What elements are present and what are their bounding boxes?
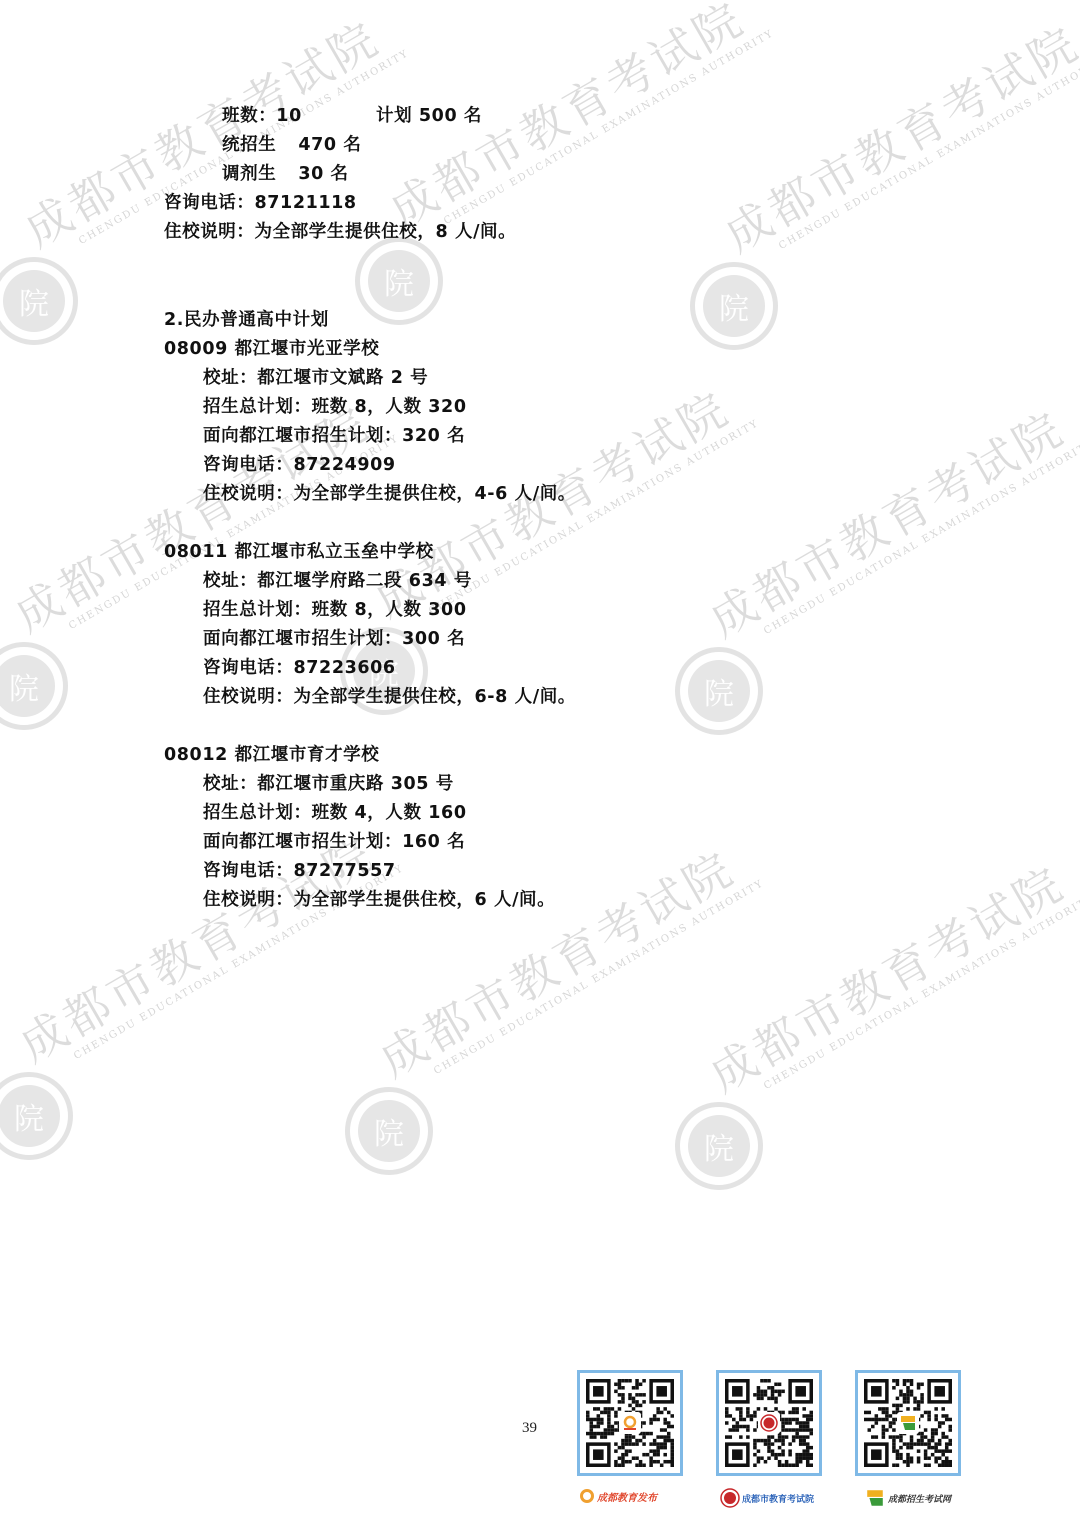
seal-icon: 院 xyxy=(675,1102,763,1190)
seal-icon: 院 xyxy=(355,237,443,325)
watermark-tile: 院成都市教育考试院CHENGDU EDUCATIONAL EXAMINATION… xyxy=(355,65,775,325)
school-address: 校址：都江堰学府路二段 634 号 xyxy=(203,571,472,591)
school-boarding: 住校说明：为全部学生提供住校，6-8 人/间。 xyxy=(203,687,576,707)
page-number: 39 xyxy=(522,1420,537,1437)
seal-icon: 院 xyxy=(0,1072,73,1160)
school-total-plan: 招生总计划：班数 8，人数 300 xyxy=(203,600,467,620)
qr-code[interactable] xyxy=(577,1370,683,1476)
qr-card-chengdu-exam-authority[interactable]: 成都市教育考试院 xyxy=(716,1370,822,1476)
watermark-cn: 成都市教育考试院 xyxy=(13,820,399,1069)
watermark-tile: 院成都市教育考试院CHENGDU EDUCATIONAL EXAMINATION… xyxy=(0,900,405,1160)
watermark-cn: 成都市教育考试院 xyxy=(703,395,1080,644)
adjusted-label: 调剂生 xyxy=(222,164,276,184)
unified-value: 470 名 xyxy=(298,135,361,155)
school-phone: 咨询电话：87277557 xyxy=(203,861,396,881)
flag-icon xyxy=(897,1412,919,1434)
sun-ring-icon xyxy=(619,1412,641,1434)
school-header: 08009 都江堰市光亚学校 xyxy=(164,339,379,359)
qr-card-chengdu-education-release[interactable]: 成都教育发布 xyxy=(577,1370,683,1476)
watermark-en: CHENGDU EDUCATIONAL EXAMINATIONS AUTHORI… xyxy=(762,438,1080,637)
school-total-plan: 招生总计划：班数 8，人数 320 xyxy=(203,397,467,417)
adjusted-enrollment: 调剂生30 名 xyxy=(222,164,349,184)
school-total-plan: 招生总计划：班数 4，人数 160 xyxy=(203,803,467,823)
school-header: 08011 都江堰市私立玉垒中学校 xyxy=(164,542,434,562)
watermark-tile: 院成都市教育考试院CHENGDU EDUCATIONAL EXAMINATION… xyxy=(0,85,410,345)
seal-icon xyxy=(720,1488,740,1508)
seal-icon: 院 xyxy=(675,647,763,735)
classes-count: 班数：10 xyxy=(222,106,302,126)
unified-enrollment: 统招生470 名 xyxy=(222,135,361,155)
sun-ring-icon xyxy=(579,1488,595,1504)
boarding-note: 住校说明：为全部学生提供住校，8 人/间。 xyxy=(164,222,516,242)
watermark-cn: 成都市教育考试院 xyxy=(703,850,1080,1099)
flag-icon xyxy=(865,1488,885,1508)
seal-icon: 院 xyxy=(0,257,78,345)
plan-total: 计划 500 名 xyxy=(376,106,482,126)
school-boarding: 住校说明：为全部学生提供住校，4-6 人/间。 xyxy=(203,484,576,504)
contact-phone: 咨询电话：87121118 xyxy=(164,193,357,213)
unified-label: 统招生 xyxy=(222,135,276,155)
watermark-cn: 成都市教育考试院 xyxy=(718,10,1080,259)
watermark-en: CHENGDU EDUCATIONAL EXAMINATIONS AUTHORI… xyxy=(442,28,776,227)
school-boarding: 住校说明：为全部学生提供住校，6 人/间。 xyxy=(203,890,555,910)
qr-label: 成都招生考试网 xyxy=(865,1488,951,1508)
qr-card-chengdu-admissions-site[interactable]: 成都招生考试网 xyxy=(855,1370,961,1476)
seal-icon: 院 xyxy=(345,1087,433,1175)
watermark-tile: 院成都市教育考试院CHENGDU EDUCATIONAL EXAMINATION… xyxy=(345,915,765,1175)
watermark-tile: 院成都市教育考试院CHENGDU EDUCATIONAL EXAMINATION… xyxy=(675,475,1080,735)
qr-code[interactable] xyxy=(716,1370,822,1476)
watermark-cn: 成都市教育考试院 xyxy=(373,835,759,1084)
watermark-en: CHENGDU EDUCATIONAL EXAMINATIONS AUTHORI… xyxy=(427,418,761,617)
seal-icon xyxy=(758,1412,780,1434)
school-address: 校址：都江堰市重庆路 305 号 xyxy=(203,774,454,794)
school-local-plan: 面向都江堰市招生计划：300 名 xyxy=(203,629,465,649)
qr-code[interactable] xyxy=(855,1370,961,1476)
watermark-tile: 院成都市教育考试院CHENGDU EDUCATIONAL EXAMINATION… xyxy=(675,930,1080,1190)
adjusted-value: 30 名 xyxy=(298,164,348,184)
watermark-en: CHENGDU EDUCATIONAL EXAMINATIONS AUTHORI… xyxy=(777,53,1080,252)
watermark-cn: 成都市教育考试院 xyxy=(18,5,404,254)
school-address: 校址：都江堰市文斌路 2 号 xyxy=(203,368,428,388)
watermark-en: CHENGDU EDUCATIONAL EXAMINATIONS AUTHORI… xyxy=(762,893,1080,1092)
school-local-plan: 面向都江堰市招生计划：320 名 xyxy=(203,426,465,446)
seal-icon: 院 xyxy=(690,262,778,350)
school-header: 08012 都江堰市育才学校 xyxy=(164,745,379,765)
qr-label: 成都教育发布 xyxy=(579,1488,657,1504)
school-phone: 咨询电话：87224909 xyxy=(203,455,396,475)
seal-icon: 院 xyxy=(0,642,68,730)
watermark-layer: 院成都市教育考试院CHENGDU EDUCATIONAL EXAMINATION… xyxy=(0,0,1080,1528)
watermark-tile: 院成都市教育考试院CHENGDU EDUCATIONAL EXAMINATION… xyxy=(690,90,1080,350)
section-title: 2.民办普通高中计划 xyxy=(164,310,329,330)
qr-label: 成都市教育考试院 xyxy=(720,1488,814,1508)
school-phone: 咨询电话：87223606 xyxy=(203,658,396,678)
school-local-plan: 面向都江堰市招生计划：160 名 xyxy=(203,832,465,852)
